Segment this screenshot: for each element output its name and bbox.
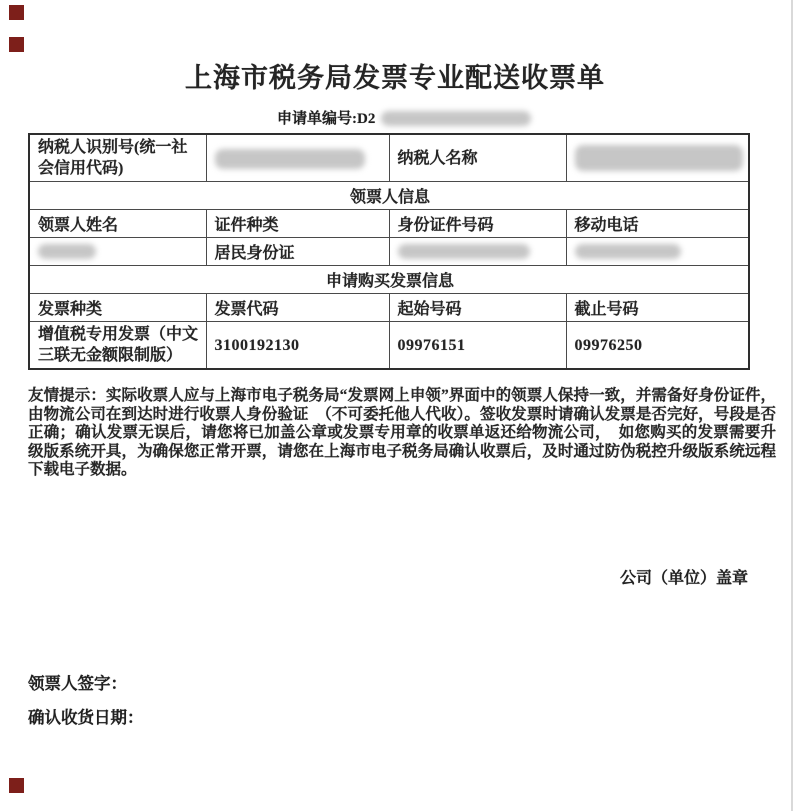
scan-edge-line xyxy=(791,0,793,811)
page-title: 上海市税务局发票专业配送收票单 xyxy=(0,56,790,95)
id-number-header: 身份证件号码 xyxy=(389,210,566,238)
receipt-table: 纳税人识别号(统一社会信用代码) 纳税人名称 领票人信息 领票人姓名 证件种类 … xyxy=(28,133,750,370)
redacted-taxpayer-id xyxy=(215,149,365,169)
redacted-application-number xyxy=(381,111,531,126)
end-number-header: 截止号码 xyxy=(566,294,749,322)
redacted-mobile xyxy=(575,244,681,259)
recipient-signature-label: 领票人签字： xyxy=(28,670,127,694)
redacted-id-number xyxy=(398,244,530,259)
cert-type-value: 居民身份证 xyxy=(206,238,389,266)
section-header-purchase-info: 申请购买发票信息 xyxy=(29,266,749,294)
receipt-document: 上海市税务局发票专业配送收票单 申请单编号:D2 纳税人识别号(统一社会信用代码… xyxy=(0,0,802,811)
start-number-header: 起始号码 xyxy=(389,294,566,322)
confirm-receipt-date-label: 确认收货日期： xyxy=(28,704,144,728)
table-row-invoice-headers: 发票种类 发票代码 起始号码 截止号码 xyxy=(29,294,749,322)
friendly-reminder-paragraph: 友情提示：实际收票人应与上海市电子税务局“发票网上申领”界面中的领票人保持一致，… xyxy=(28,387,776,480)
corner-marker-bottom xyxy=(9,778,24,793)
recipient-name-value-cell xyxy=(29,238,206,266)
invoice-code-header: 发票代码 xyxy=(206,294,389,322)
table-row-recipient-headers: 领票人姓名 证件种类 身份证件号码 移动电话 xyxy=(29,210,749,238)
company-stamp-label: 公司（单位）盖章 xyxy=(558,565,748,588)
invoice-type-value: 增值税专用发票（中文三联无金额限制版） xyxy=(29,322,206,370)
id-number-value-cell xyxy=(389,238,566,266)
corner-marker-top-2 xyxy=(9,37,24,52)
table-row-taxpayer: 纳税人识别号(统一社会信用代码) 纳税人名称 xyxy=(29,134,749,182)
table-row-recipient-values: 居民身份证 xyxy=(29,238,749,266)
recipient-name-header: 领票人姓名 xyxy=(29,210,206,238)
taxpayer-id-value-cell xyxy=(206,134,389,182)
start-number-value: 09976151 xyxy=(389,322,566,370)
taxpayer-name-label: 纳税人名称 xyxy=(389,134,566,182)
application-number-label: 申请单编号:D2 xyxy=(277,111,375,127)
application-number-line: 申请单编号:D2 xyxy=(277,107,531,128)
table-row-section-recipient: 领票人信息 xyxy=(29,182,749,210)
cert-type-header: 证件种类 xyxy=(206,210,389,238)
invoice-code-value: 3100192130 xyxy=(206,322,389,370)
taxpayer-id-label: 纳税人识别号(统一社会信用代码) xyxy=(29,134,206,182)
table-row-section-purchase: 申请购买发票信息 xyxy=(29,266,749,294)
mobile-value-cell xyxy=(566,238,749,266)
corner-marker-top-1 xyxy=(9,5,24,20)
mobile-header: 移动电话 xyxy=(566,210,749,238)
redacted-recipient-name xyxy=(38,244,96,259)
section-header-recipient-info: 领票人信息 xyxy=(29,182,749,210)
taxpayer-name-value-cell xyxy=(566,134,749,182)
invoice-type-header: 发票种类 xyxy=(29,294,206,322)
table-row-invoice-values: 增值税专用发票（中文三联无金额限制版） 3100192130 09976151 … xyxy=(29,322,749,370)
end-number-value: 09976250 xyxy=(566,322,749,370)
redacted-taxpayer-name xyxy=(575,145,743,171)
